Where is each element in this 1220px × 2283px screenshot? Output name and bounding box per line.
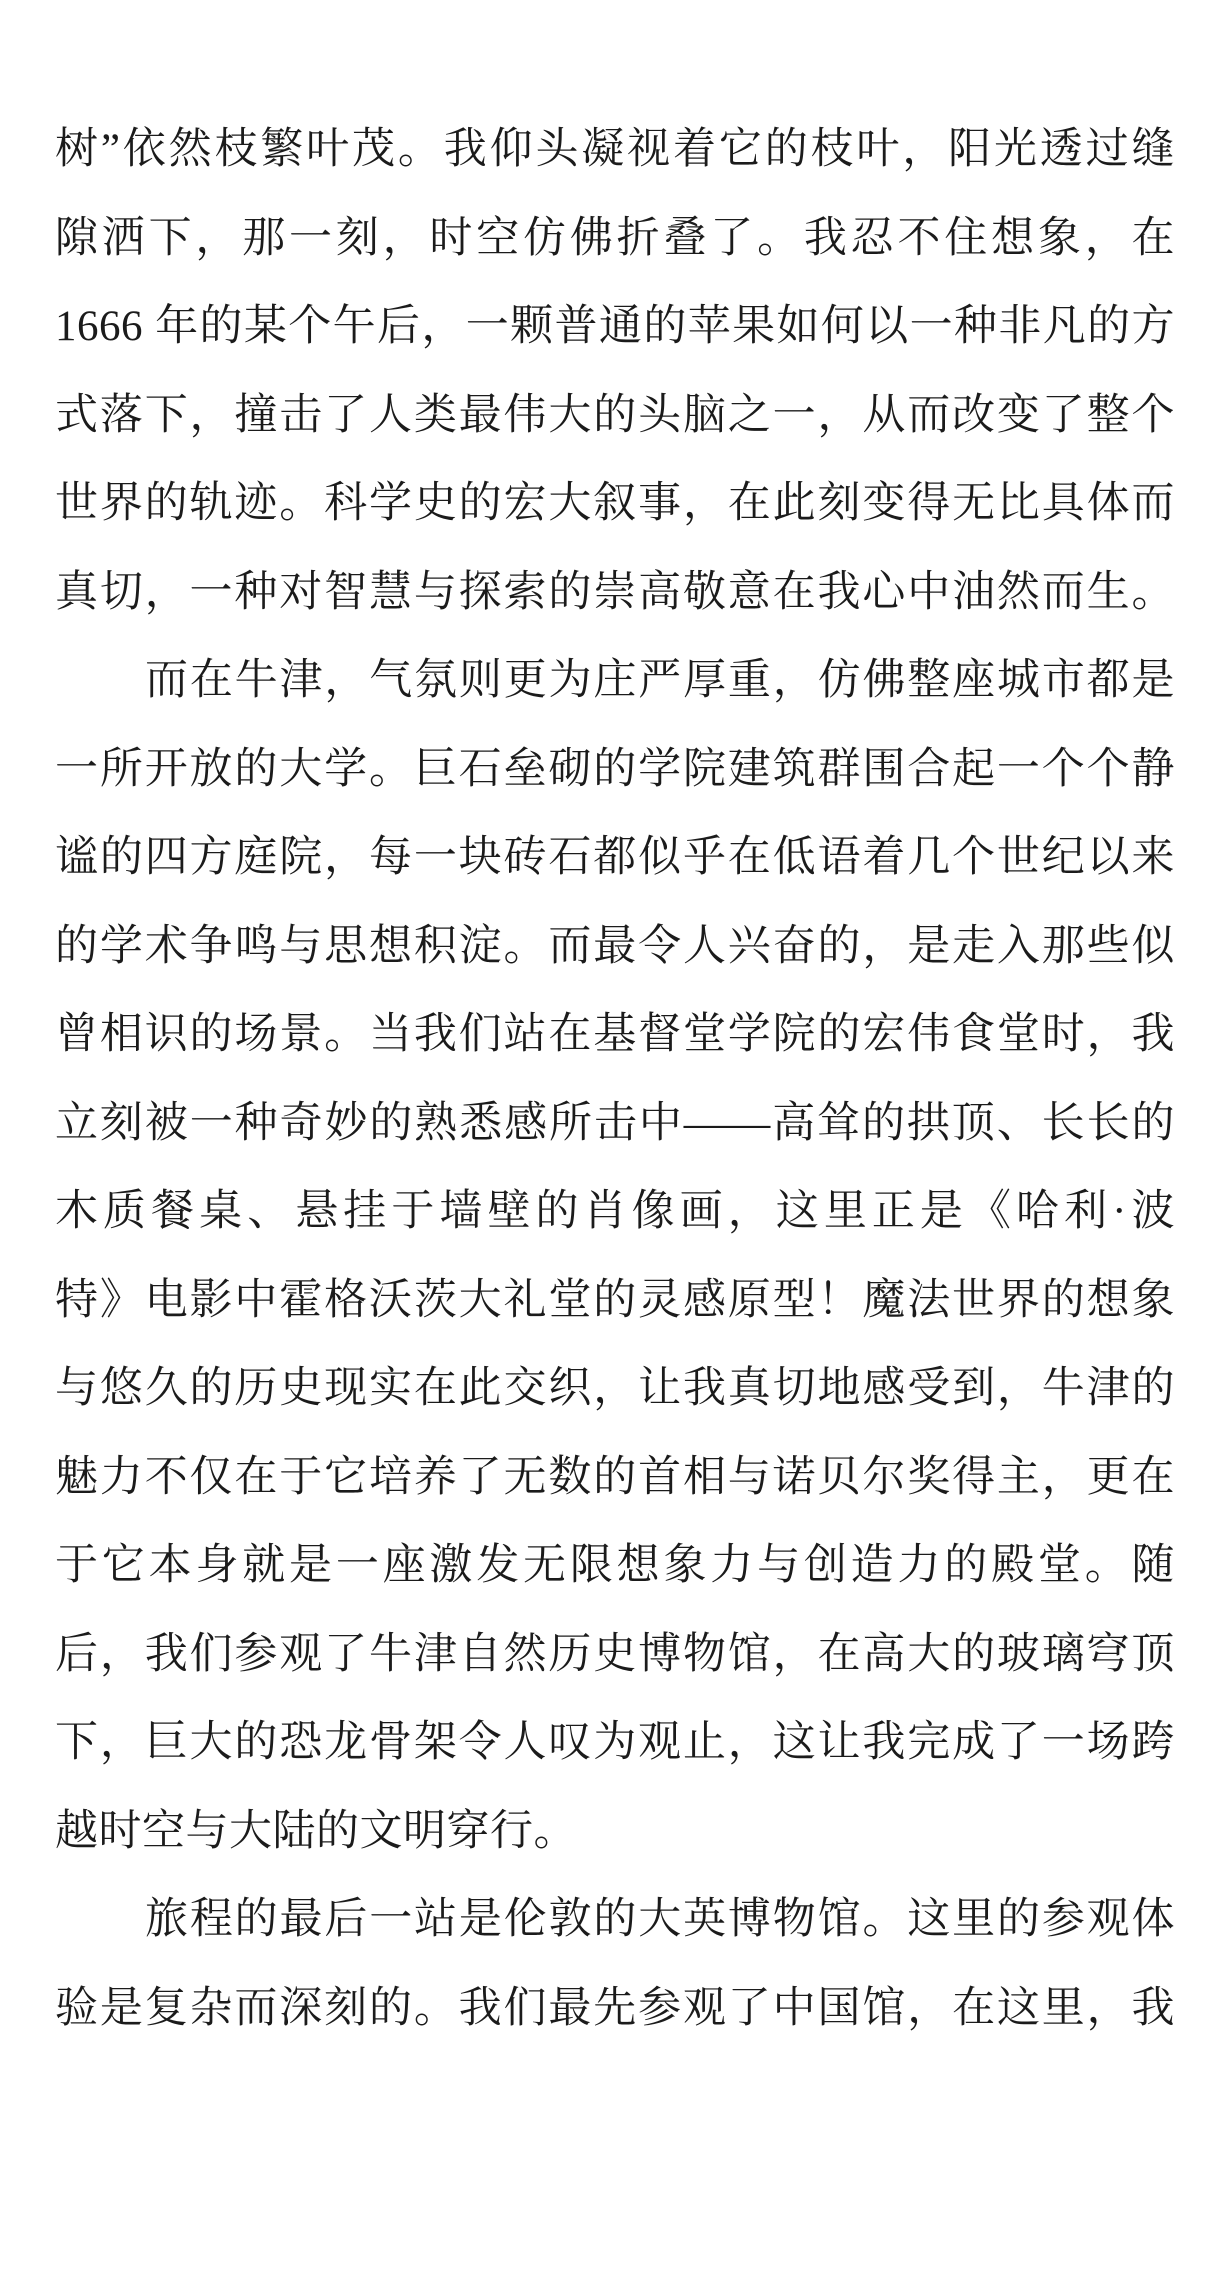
text-line: 特》电影中霍格沃茨大礼堂的灵感原型！魔法世界的想象 <box>55 1257 1175 1346</box>
document-page: 树”依然枝繁叶茂。我仰头凝视着它的枝叶，阳光透过缝 隙洒下，那一刻，时空仿佛折叠… <box>0 0 1220 2283</box>
text-line: 后，我们参观了牛津自然历史博物馆，在高大的玻璃穹顶 <box>55 1611 1175 1700</box>
text-line: 树”依然枝繁叶茂。我仰头凝视着它的枝叶，阳光透过缝 <box>55 106 1175 195</box>
text-line: 魅力不仅在于它培养了无数的首相与诺贝尔奖得主，更在 <box>55 1434 1175 1523</box>
text-line: 越时空与大陆的文明穿行。 <box>55 1788 1175 1877</box>
text-line: 世界的轨迹。科学史的宏大叙事，在此刻变得无比具体而 <box>55 460 1175 549</box>
text-line: 木质餐桌、悬挂于墙壁的肖像画，这里正是《哈利·波 <box>55 1168 1175 1257</box>
text-line: 一所开放的大学。巨石垒砌的学院建筑群围合起一个个静 <box>55 726 1175 815</box>
text-line: 1666 年的某个午后，一颗普通的苹果如何以一种非凡的方 <box>55 283 1175 372</box>
text-line: 的学术争鸣与思想积淀。而最令人兴奋的，是走入那些似 <box>55 903 1175 992</box>
text-line: 旅程的最后一站是伦敦的大英博物馆。这里的参观体 <box>55 1876 1175 1965</box>
text-line: 下，巨大的恐龙骨架令人叹为观止，这让我完成了一场跨 <box>55 1699 1175 1788</box>
text-line: 立刻被一种奇妙的熟悉感所击中——高耸的拱顶、长长的 <box>55 1080 1175 1169</box>
text-line: 曾相识的场景。当我们站在基督堂学院的宏伟食堂时，我 <box>55 991 1175 1080</box>
text-line: 谧的四方庭院，每一块砖石都似乎在低语着几个世纪以来 <box>55 814 1175 903</box>
text-line: 隙洒下，那一刻，时空仿佛折叠了。我忍不住想象，在 <box>55 195 1175 284</box>
text-line: 验是复杂而深刻的。我们最先参观了中国馆，在这里，我 <box>55 1965 1175 2054</box>
text-line: 真切，一种对智慧与探索的崇高敬意在我心中油然而生。 <box>55 549 1175 638</box>
text-block: 树”依然枝繁叶茂。我仰头凝视着它的枝叶，阳光透过缝 隙洒下，那一刻，时空仿佛折叠… <box>55 106 1175 2053</box>
text-line: 与悠久的历史现实在此交织，让我真切地感受到，牛津的 <box>55 1345 1175 1434</box>
text-line: 而在牛津，气氛则更为庄严厚重，仿佛整座城市都是 <box>55 637 1175 726</box>
text-line: 式落下，撞击了人类最伟大的头脑之一，从而改变了整个 <box>55 372 1175 461</box>
text-line: 于它本身就是一座激发无限想象力与创造力的殿堂。随 <box>55 1522 1175 1611</box>
